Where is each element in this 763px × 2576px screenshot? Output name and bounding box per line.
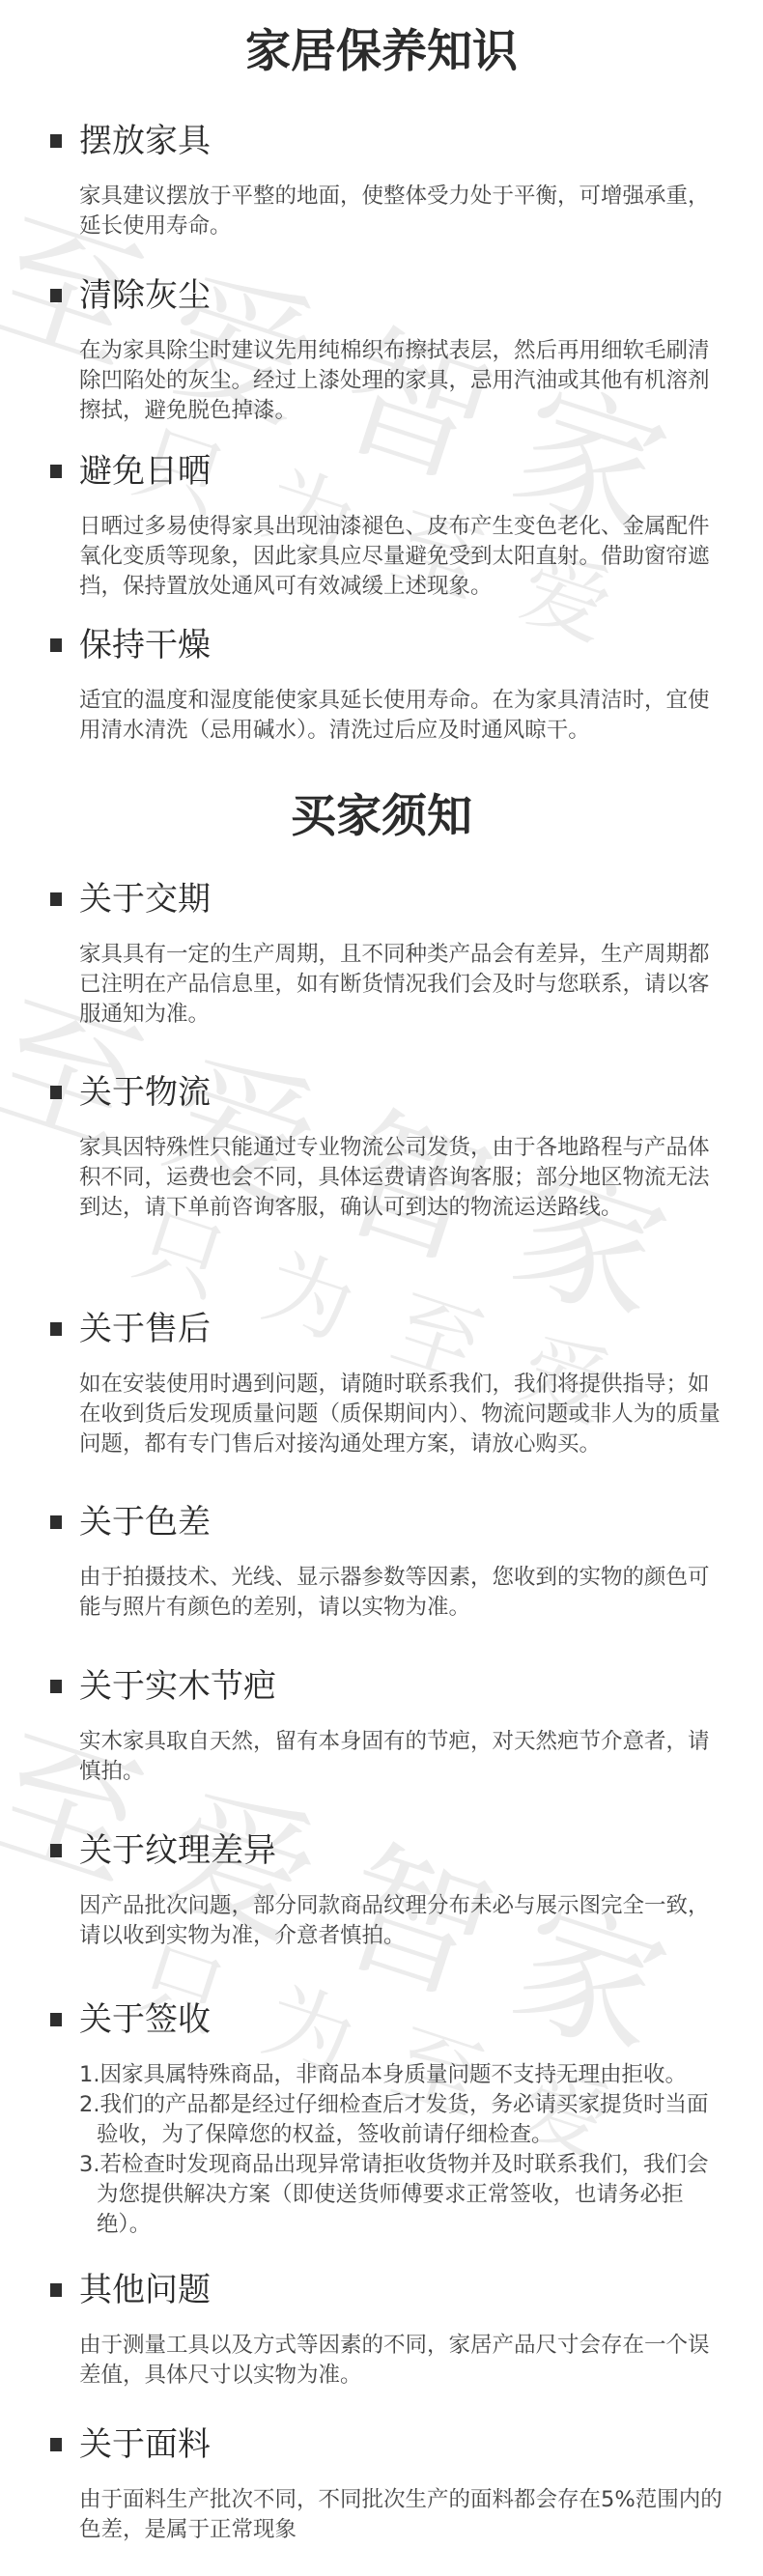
item-body: 家具具有一定的生产周期，且不同种类产品会有差异，生产周期都已注明在产品信息里，如… [79, 940, 728, 1030]
square-bullet-icon [50, 2438, 62, 2451]
item-body: 由于拍摄技术、光线、显示器参数等因素，您收到的实物的颜色可能与照片有颜色的差别，… [79, 1563, 728, 1623]
item-heading: 关于面料 [79, 2428, 211, 2461]
square-bullet-icon [50, 1322, 62, 1336]
square-bullet-icon [50, 134, 62, 148]
notice-item: 关于色差 由于拍摄技术、光线、显示器参数等因素，您收到的实物的颜色可能与照片有颜… [50, 1497, 726, 1623]
list-item: 1.因家具属特殊商品，非商品本身质量问题不支持无理由拒收。 [79, 2060, 728, 2090]
item-body: 家具建议摆放于平整的地面，使整体受力处于平衡，可增强承重，延长使用寿命。 [79, 182, 728, 241]
item-heading: 关于物流 [79, 1076, 211, 1109]
notice-item: 关于实木节疤 实木家具取自天然，留有本身固有的节疤，对天然疤节介意者，请慎拍。 [50, 1661, 726, 1787]
item-body: 在为家具除尘时建议先用纯棉织布擦拭表层，然后再用细软毛刷清除凹陷处的灰尘。经过上… [79, 336, 728, 426]
square-bullet-icon [50, 1844, 62, 1857]
notice-item: 其他问题 由于测量工具以及方式等因素的不同，家居产品尺寸会存在一个误差值，具体尺… [50, 2265, 726, 2391]
section-title-notice: 买家须知 [0, 780, 763, 845]
item-heading: 关于签收 [79, 2003, 211, 2036]
item-heading: 其他问题 [79, 2274, 211, 2307]
square-bullet-icon [50, 1515, 62, 1529]
square-bullet-icon [50, 638, 62, 652]
notice-item: 关于纹理差异 因产品批次问题，部分同款商品纹理分布未必与展示图完全一致，请以收到… [50, 1826, 726, 1951]
item-heading: 关于交期 [79, 883, 211, 916]
section-title-care: 家居保养知识 [0, 15, 763, 80]
item-heading: 摆放家具 [79, 125, 211, 157]
item-body: 家具因特殊性只能通过专业物流公司发货，由于各地路程与产品体积不同，运费也会不同，… [79, 1133, 728, 1223]
item-body: 由于面料生产批次不同，不同批次生产的面料都会存在5%范围内的色差，是属于正常现象 [79, 2485, 728, 2545]
square-bullet-icon [50, 1086, 62, 1099]
item-body: 日晒过多易使得家具出现油漆褪色、皮布产生变色老化、金属配件氧化变质等现象，因此家… [79, 512, 728, 602]
item-body: 由于测量工具以及方式等因素的不同，家居产品尺寸会存在一个误差值，具体尺寸以实物为… [79, 2331, 728, 2391]
care-item: 保持干燥 适宜的温度和湿度能使家具延长使用寿命。在为家具清洁时，宜使用清水清洗（… [50, 620, 726, 746]
item-body: 适宜的温度和湿度能使家具延长使用寿命。在为家具清洁时，宜使用清水清洗（忌用碱水）… [79, 686, 728, 746]
notice-item: 关于面料 由于面料生产批次不同，不同批次生产的面料都会存在5%范围内的色差，是属… [50, 2420, 726, 2545]
item-heading: 清除灰尘 [79, 279, 211, 312]
item-heading: 关于色差 [79, 1506, 211, 1539]
notice-item: 关于物流 家具因特殊性只能通过专业物流公司发货，由于各地路程与产品体积不同，运费… [50, 1067, 726, 1223]
notice-item: 关于交期 家具具有一定的生产周期，且不同种类产品会有差异，生产周期都已注明在产品… [50, 874, 726, 1030]
square-bullet-icon [50, 465, 62, 478]
care-item: 清除灰尘 在为家具除尘时建议先用纯棉织布擦拭表层，然后再用细软毛刷清除凹陷处的灰… [50, 270, 726, 426]
care-item: 避免日晒 日晒过多易使得家具出现油漆褪色、皮布产生变色老化、金属配件氧化变质等现… [50, 446, 726, 602]
notice-item: 关于签收 1.因家具属特殊商品，非商品本身质量问题不支持无理由拒收。 2.我们的… [50, 1995, 726, 2240]
square-bullet-icon [50, 2283, 62, 2297]
item-body: 如在安装使用时遇到问题，请随时联系我们，我们将提供指导；如在收到货后发现质量问题… [79, 1370, 728, 1459]
item-body-list: 1.因家具属特殊商品，非商品本身质量问题不支持无理由拒收。 2.我们的产品都是经… [79, 2060, 728, 2240]
item-heading: 关于纹理差异 [79, 1834, 276, 1867]
square-bullet-icon [50, 2013, 62, 2026]
square-bullet-icon [50, 892, 62, 906]
item-body: 因产品批次问题，部分同款商品纹理分布未必与展示图完全一致，请以收到实物为准，介意… [79, 1891, 728, 1951]
item-heading: 避免日晒 [79, 455, 211, 488]
item-heading: 关于售后 [79, 1313, 211, 1345]
list-item: 2.我们的产品都是经过仔细检查后才发货，务必请买家提货时当面验收，为了保障您的权… [79, 2090, 728, 2150]
square-bullet-icon [50, 1680, 62, 1693]
item-body: 实木家具取自天然，留有本身固有的节疤，对天然疤节介意者，请慎拍。 [79, 1727, 728, 1787]
item-heading: 关于实木节疤 [79, 1670, 276, 1703]
item-heading: 保持干燥 [79, 629, 211, 662]
notice-item: 关于售后 如在安装使用时遇到问题，请随时联系我们，我们将提供指导；如在收到货后发… [50, 1304, 726, 1459]
care-item: 摆放家具 家具建议摆放于平整的地面，使整体受力处于平衡，可增强承重，延长使用寿命… [50, 116, 726, 241]
list-item: 3.若检查时发现商品出现异常请拒收货物并及时联系我们，我们会为您提供解决方案（即… [79, 2150, 728, 2240]
square-bullet-icon [50, 289, 62, 302]
